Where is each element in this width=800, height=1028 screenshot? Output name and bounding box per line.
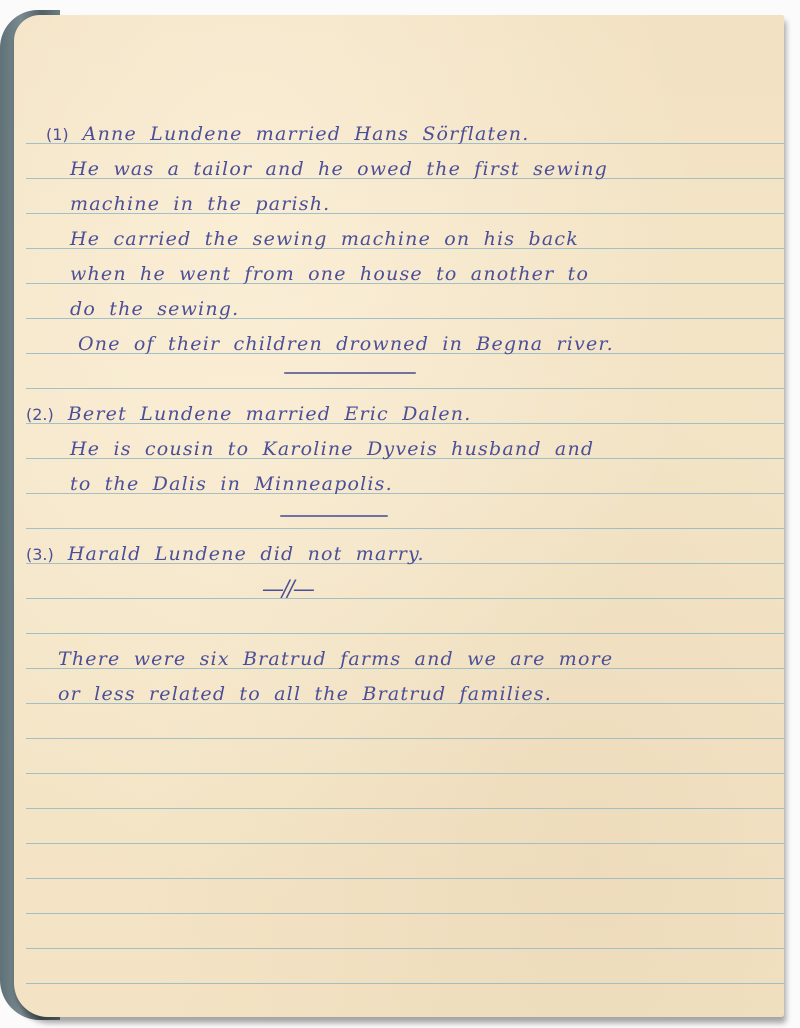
entry-1-line-5: when he went from one house to another t… — [70, 265, 589, 284]
ruled-line — [26, 738, 784, 739]
scanned-notebook-page: (1)Anne Lundene married Hans Sörflaten. … — [0, 0, 800, 1028]
ruled-line — [26, 633, 784, 634]
ruled-line — [26, 948, 784, 949]
ruled-line — [26, 913, 784, 914]
entry-1-line-7: One of their children drowned in Begna r… — [78, 335, 614, 354]
entry-1-line-4: He carried the sewing machine on his bac… — [70, 230, 579, 249]
entry-1-line-3: machine in the parish. — [70, 195, 330, 214]
closing-line-2: or less related to all the Bratrud famil… — [58, 685, 552, 704]
ruled-line — [26, 528, 784, 529]
entry-3-line-1: (3.)Harald Lundene did not marry. — [26, 545, 425, 564]
entry-1-number: (1) — [46, 125, 69, 144]
entry-2-line-2: He is cousin to Karoline Dyveis husband … — [70, 440, 594, 459]
entry-2-number: (2.) — [26, 405, 54, 424]
entry-1-line-6: do the sewing. — [70, 300, 239, 319]
entry-2-line-3: to the Dalis in Minneapolis. — [70, 475, 393, 494]
entry-1-line-2: He was a tailor and he owed the first se… — [70, 160, 608, 179]
closing-line-1: There were six Bratrud farms and we are … — [58, 650, 613, 669]
ruled-line — [26, 878, 784, 879]
notebook-page: (1)Anne Lundene married Hans Sörflaten. … — [14, 15, 784, 1017]
ruled-line — [26, 843, 784, 844]
ruled-line — [26, 808, 784, 809]
ruled-line — [26, 773, 784, 774]
separator-line — [280, 515, 388, 517]
end-mark: —//— — [262, 577, 313, 602]
entry-1-line-1: (1)Anne Lundene married Hans Sörflaten. — [46, 125, 529, 144]
ruled-line — [26, 388, 784, 389]
entry-3-number: (3.) — [26, 545, 54, 564]
ruled-line — [26, 983, 784, 984]
separator-line — [284, 372, 416, 374]
entry-2-line-1: (2.)Beret Lundene married Eric Dalen. — [26, 405, 471, 424]
ruled-line — [26, 598, 784, 599]
